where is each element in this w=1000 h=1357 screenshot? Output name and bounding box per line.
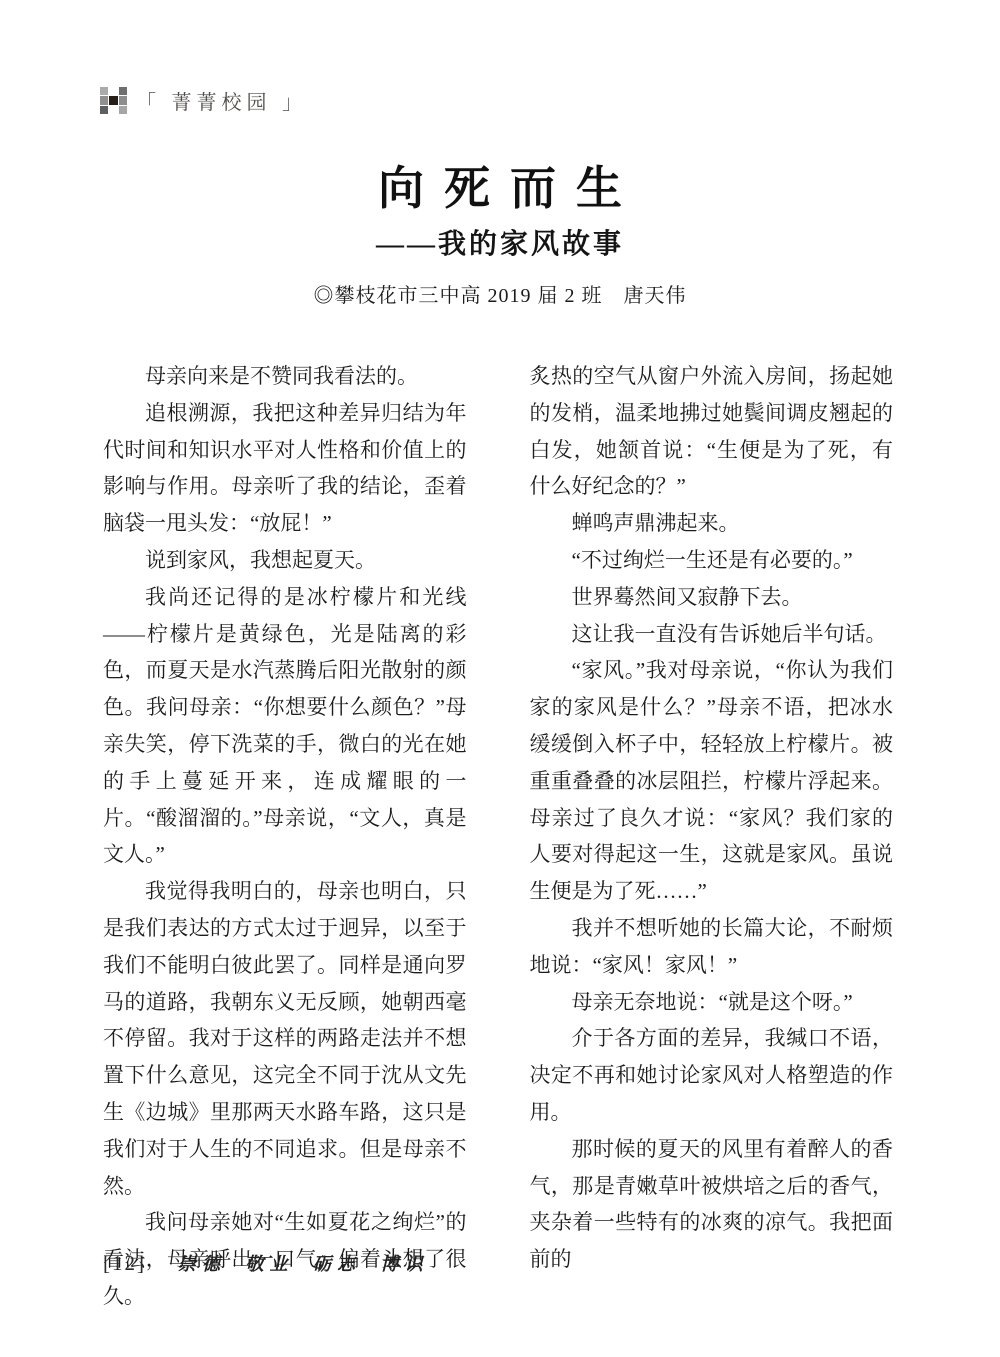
paragraph: 母亲无奈地说：“就是这个呀。”	[530, 984, 894, 1021]
paragraph: 蝉鸣声鼎沸起来。	[530, 505, 894, 542]
paragraph: 这让我一直没有告诉她后半句话。	[530, 616, 894, 653]
paragraph: 说到家风，我想起夏天。	[103, 542, 467, 579]
page-footer: [12] 崇德 敬业 砺志 博识	[103, 1250, 429, 1276]
magazine-page: 「 菁菁校园 」 向死而生 ——我的家风故事 ◎攀枝花市三中高 2019 届 2…	[0, 0, 1000, 1357]
checkerboard-logo-icon	[100, 87, 127, 114]
paragraph: 世界蓦然间又寂静下去。	[530, 579, 894, 616]
paragraph: 母亲向来是不赞同我看法的。	[103, 358, 467, 395]
paragraph: 我尚还记得的是冰柠檬片和光线——柠檬片是黄绿色，光是陆离的彩色，而夏天是水汽蒸腾…	[103, 579, 467, 873]
paragraph: 追根溯源，我把这种差异归结为年代时间和知识水平对人性格和价值上的影响与作用。母亲…	[103, 395, 467, 542]
paragraph: 那时候的夏天的风里有着醉人的香气，那是青嫩草叶被烘培之后的香气，夹杂着一些特有的…	[530, 1131, 894, 1278]
paragraph: 介于各方面的差异，我缄口不语，决定不再和她讨论家风对人格塑造的作用。	[530, 1020, 894, 1130]
paragraph-continuation: 炙热的空气从窗户外流入房间，扬起她的发梢，温柔地拂过她鬓间调皮翘起的白发，她颔首…	[530, 358, 894, 505]
paragraph: 我并不想听她的长篇大论，不耐烦地说：“家风！家风！”	[530, 910, 894, 984]
section-label: 「 菁菁校园 」	[136, 86, 307, 115]
article-right-column: 炙热的空气从窗户外流入房间，扬起她的发梢，温柔地拂过她鬓间调皮翘起的白发，她颔首…	[530, 358, 894, 1315]
article-subtitle: ——我的家风故事	[0, 222, 1000, 262]
page-number: [12]	[103, 1251, 146, 1276]
paragraph: “不过绚烂一生还是有必要的。”	[530, 542, 894, 579]
section-header: 「 菁菁校园 」	[100, 86, 307, 115]
article-left-column: 母亲向来是不赞同我看法的。 追根溯源，我把这种差异归结为年代时间和知识水平对人性…	[103, 358, 467, 1315]
paragraph: “家风。”我对母亲说，“你认为我们家的家风是什么？”母亲不语，把冰水缓缓倒入杯子…	[530, 652, 894, 910]
article-body: 母亲向来是不赞同我看法的。 追根溯源，我把这种差异归结为年代时间和知识水平对人性…	[103, 358, 893, 1315]
paragraph: 我觉得我明白的，母亲也明白，只是我们表达的方式太过于迥异，以至于我们不能明白彼此…	[103, 873, 467, 1204]
magazine-motto: 崇德 敬业 砺志 博识	[178, 1250, 429, 1276]
article-byline: ◎攀枝花市三中高 2019 届 2 班 唐天伟	[0, 279, 1000, 308]
article-title: 向死而生	[0, 152, 1000, 218]
